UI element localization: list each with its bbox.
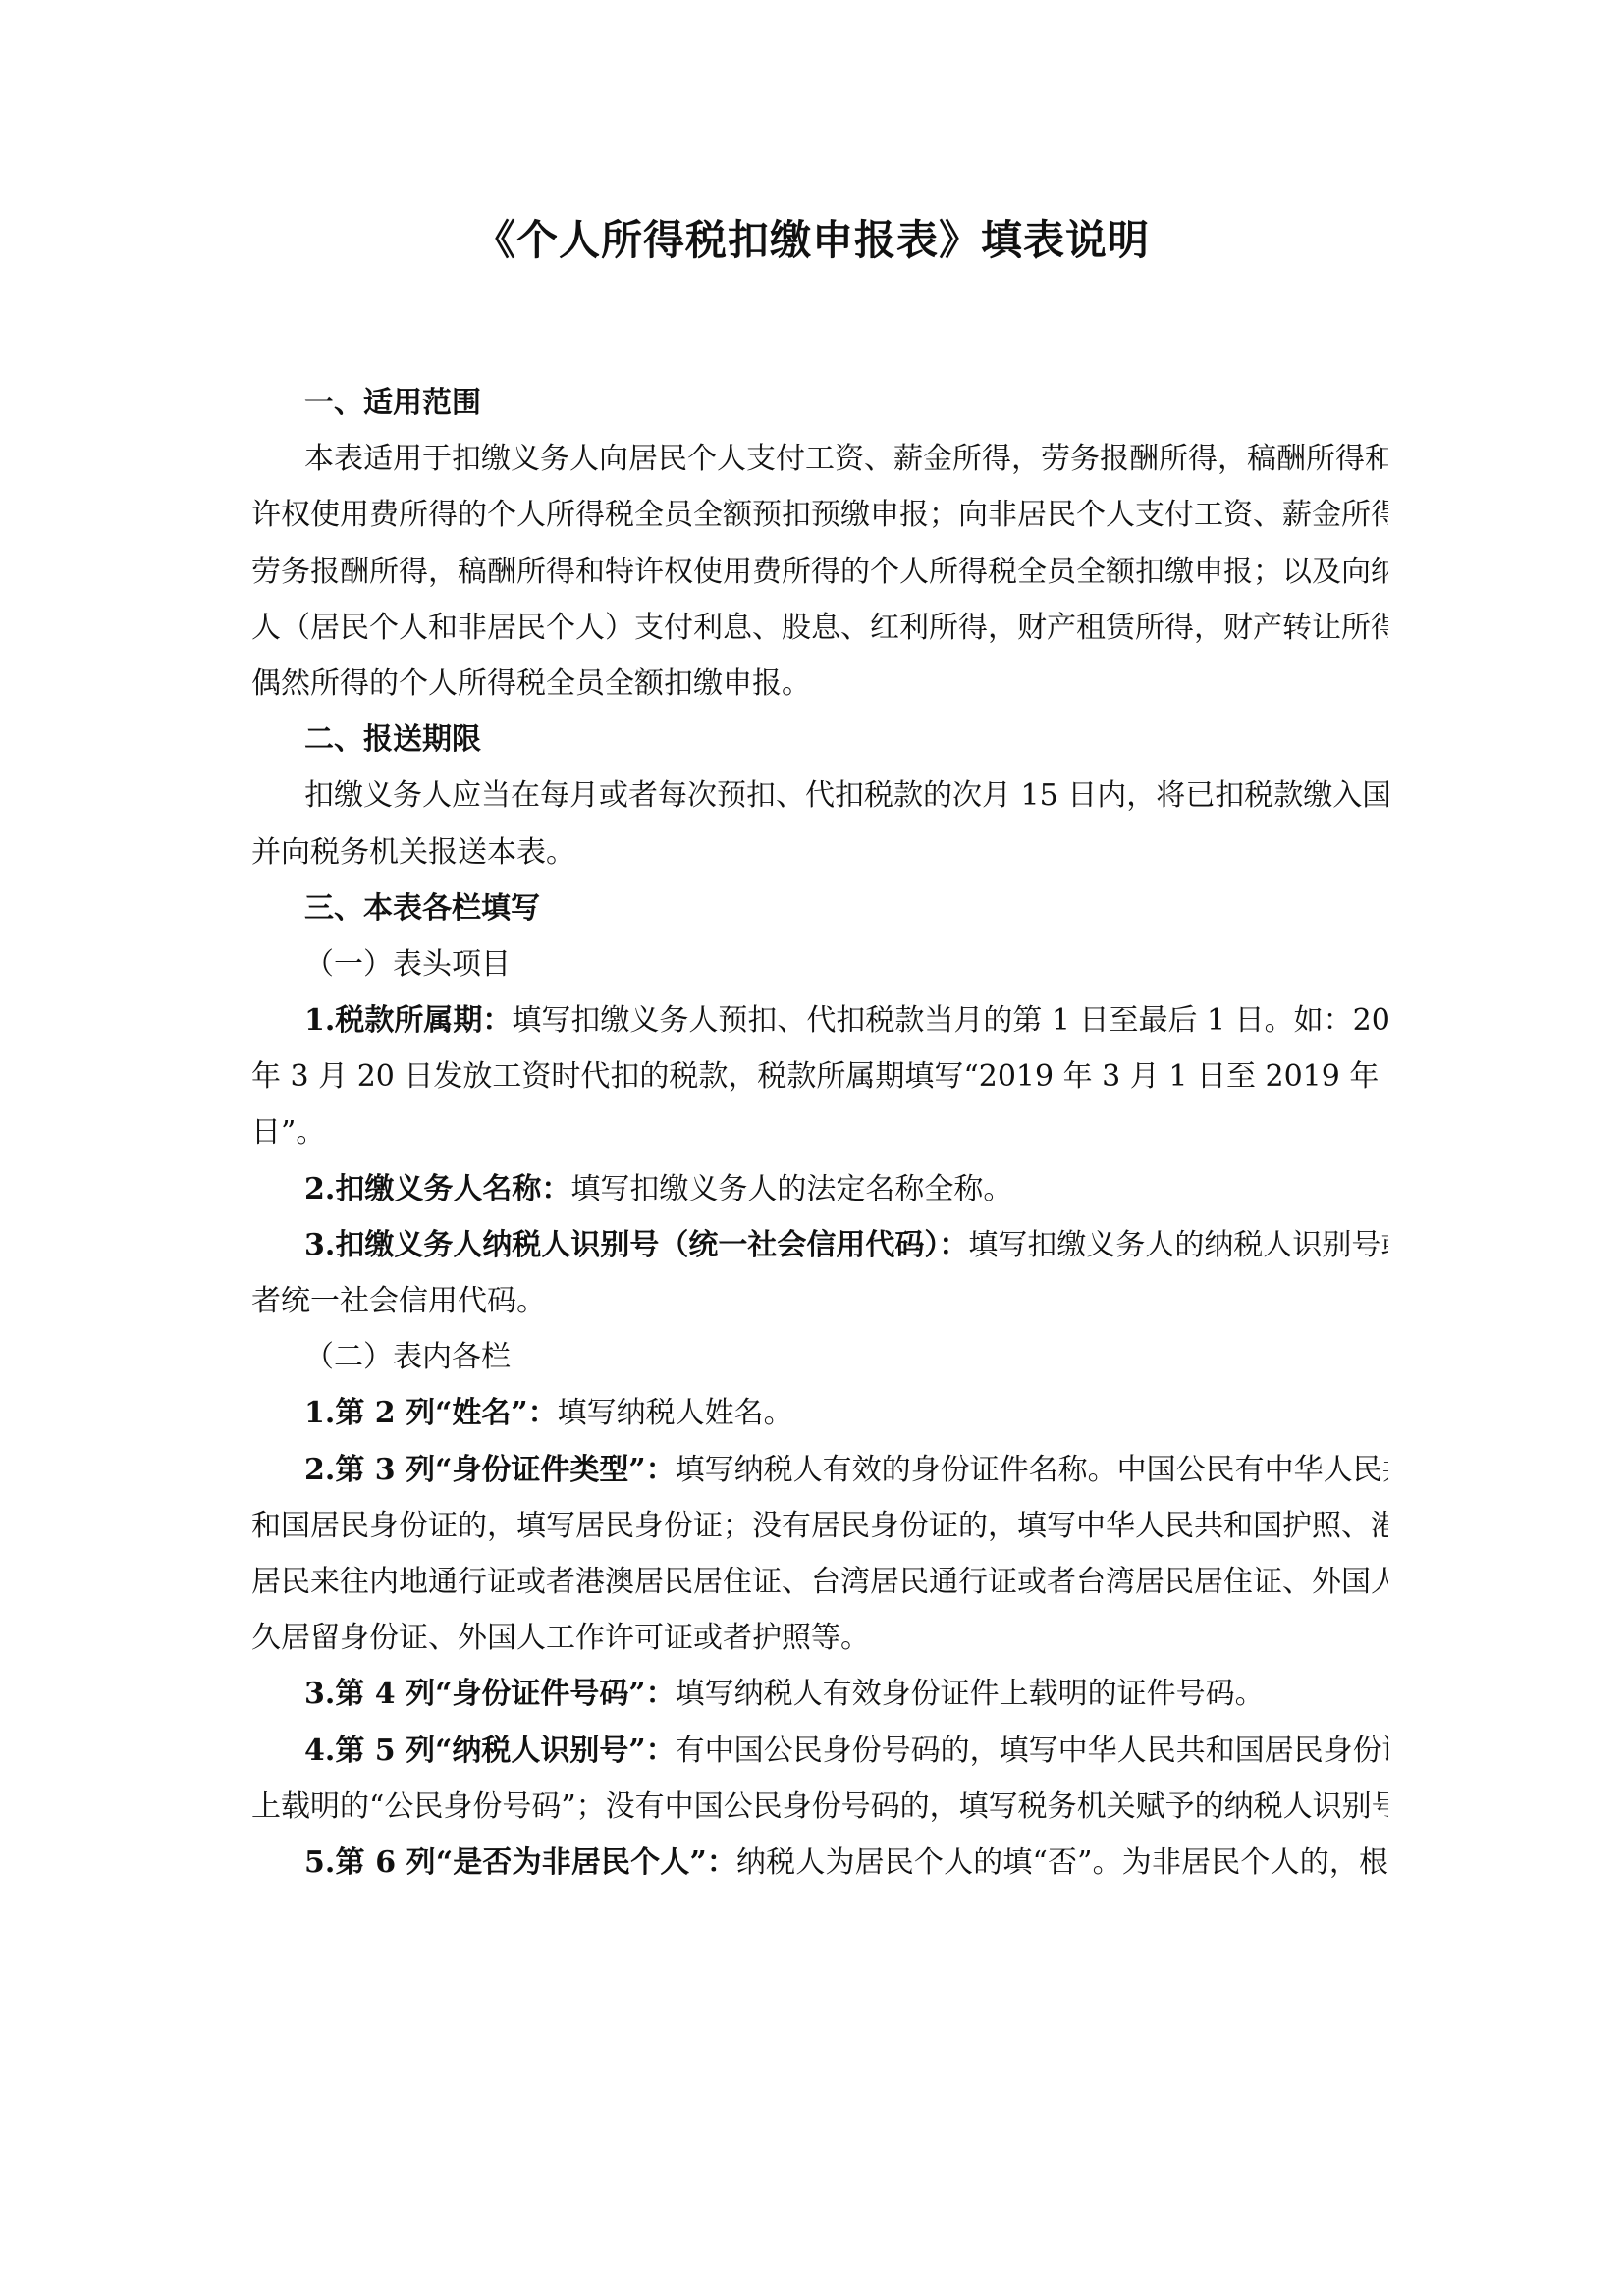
item-line: 1.税款所属期：填写扣缴义务人预扣、代扣税款当月的第 1 日至最后 1 日。如：… xyxy=(251,992,1388,1048)
item-line: 1.第 2 列“姓名”：填写纳税人姓名。 xyxy=(251,1385,1388,1441)
item-line: 3.扣缴义务人纳税人识别号（统一社会信用代码）：填写扣缴义务人的纳税人识别号或 xyxy=(251,1217,1388,1273)
section-heading-deadline: 二、报送期限 xyxy=(251,712,1388,768)
document-body: 一、适用范围 本表适用于扣缴义务人向居民个人支付工资、薪金所得，劳务报酬所得，稿… xyxy=(251,375,1388,1891)
item-label: 1.税款所属期： xyxy=(304,1003,512,1038)
item-line: 和国居民身份证的，填写居民身份证；没有居民身份证的，填写中华人民共和国护照、港澳 xyxy=(251,1498,1388,1554)
paragraph-line: 偶然所得的个人所得税全员全额扣缴申报。 xyxy=(251,656,1388,712)
paragraph-line: 本表适用于扣缴义务人向居民个人支付工资、薪金所得，劳务报酬所得，稿酬所得和特 xyxy=(251,431,1388,487)
item-line: 上载明的“公民身份号码”；没有中国公民身份号码的，填写税务机关赋予的纳税人识别号… xyxy=(251,1779,1388,1835)
section-heading-scope: 一、适用范围 xyxy=(251,375,1388,431)
paragraph-line: 并向税务机关报送本表。 xyxy=(251,825,1388,881)
item-label: 5.第 6 列“是否为非居民个人”： xyxy=(304,1845,736,1880)
item-label: 4.第 5 列“纳税人识别号”： xyxy=(304,1734,676,1768)
item-line: 日”。 xyxy=(251,1104,1388,1160)
subsection-heading-table-items: （二）表内各栏 xyxy=(251,1329,1388,1385)
item-label: 2.第 3 列“身份证件类型”： xyxy=(304,1453,676,1487)
item-line: 居民来往内地通行证或者港澳居民居住证、台湾居民通行证或者台湾居民居住证、外国人永 xyxy=(251,1554,1388,1610)
item-line: 3.第 4 列“身份证件号码”：填写纳税人有效身份证件上载明的证件号码。 xyxy=(251,1666,1388,1722)
paragraph-line: 劳务报酬所得，稿酬所得和特许权使用费所得的个人所得税全员全额扣缴申报；以及向纳税 xyxy=(251,544,1388,600)
item-label: 2.扣缴义务人名称： xyxy=(304,1172,570,1206)
document-title: 《个人所得税扣缴申报表》填表说明 xyxy=(0,208,1624,267)
item-label: 1.第 2 列“姓名”： xyxy=(304,1396,558,1430)
item-label: 3.第 4 列“身份证件号码”： xyxy=(304,1677,676,1711)
item-line: 者统一社会信用代码。 xyxy=(251,1273,1388,1329)
paragraph-line: 扣缴义务人应当在每月或者每次预扣、代扣税款的次月 15 日内，将已扣税款缴入国库… xyxy=(251,768,1388,824)
item-line: 5.第 6 列“是否为非居民个人”：纳税人为居民个人的填“否”。为非居民个人的，… xyxy=(251,1835,1388,1891)
item-line: 2.扣缴义务人名称：填写扣缴义务人的法定名称全称。 xyxy=(251,1161,1388,1217)
section-heading-columns: 三、本表各栏填写 xyxy=(251,881,1388,936)
item-line: 久居留身份证、外国人工作许可证或者护照等。 xyxy=(251,1610,1388,1666)
paragraph-line: 许权使用费所得的个人所得税全员全额预扣预缴申报；向非居民个人支付工资、薪金所得， xyxy=(251,487,1388,543)
item-line: 4.第 5 列“纳税人识别号”：有中国公民身份号码的，填写中华人民共和国居民身份… xyxy=(251,1723,1388,1779)
item-line: 2.第 3 列“身份证件类型”：填写纳税人有效的身份证件名称。中国公民有中华人民… xyxy=(251,1442,1388,1498)
item-label: 3.扣缴义务人纳税人识别号（统一社会信用代码）： xyxy=(304,1228,968,1262)
paragraph-line: 人（居民个人和非居民个人）支付利息、股息、红利所得，财产租赁所得，财产转让所得和 xyxy=(251,600,1388,656)
item-line: 年 3 月 20 日发放工资时代扣的税款，税款所属期填写“2019 年 3 月 … xyxy=(251,1048,1388,1104)
subsection-heading-header-items: （一）表头项目 xyxy=(251,936,1388,992)
